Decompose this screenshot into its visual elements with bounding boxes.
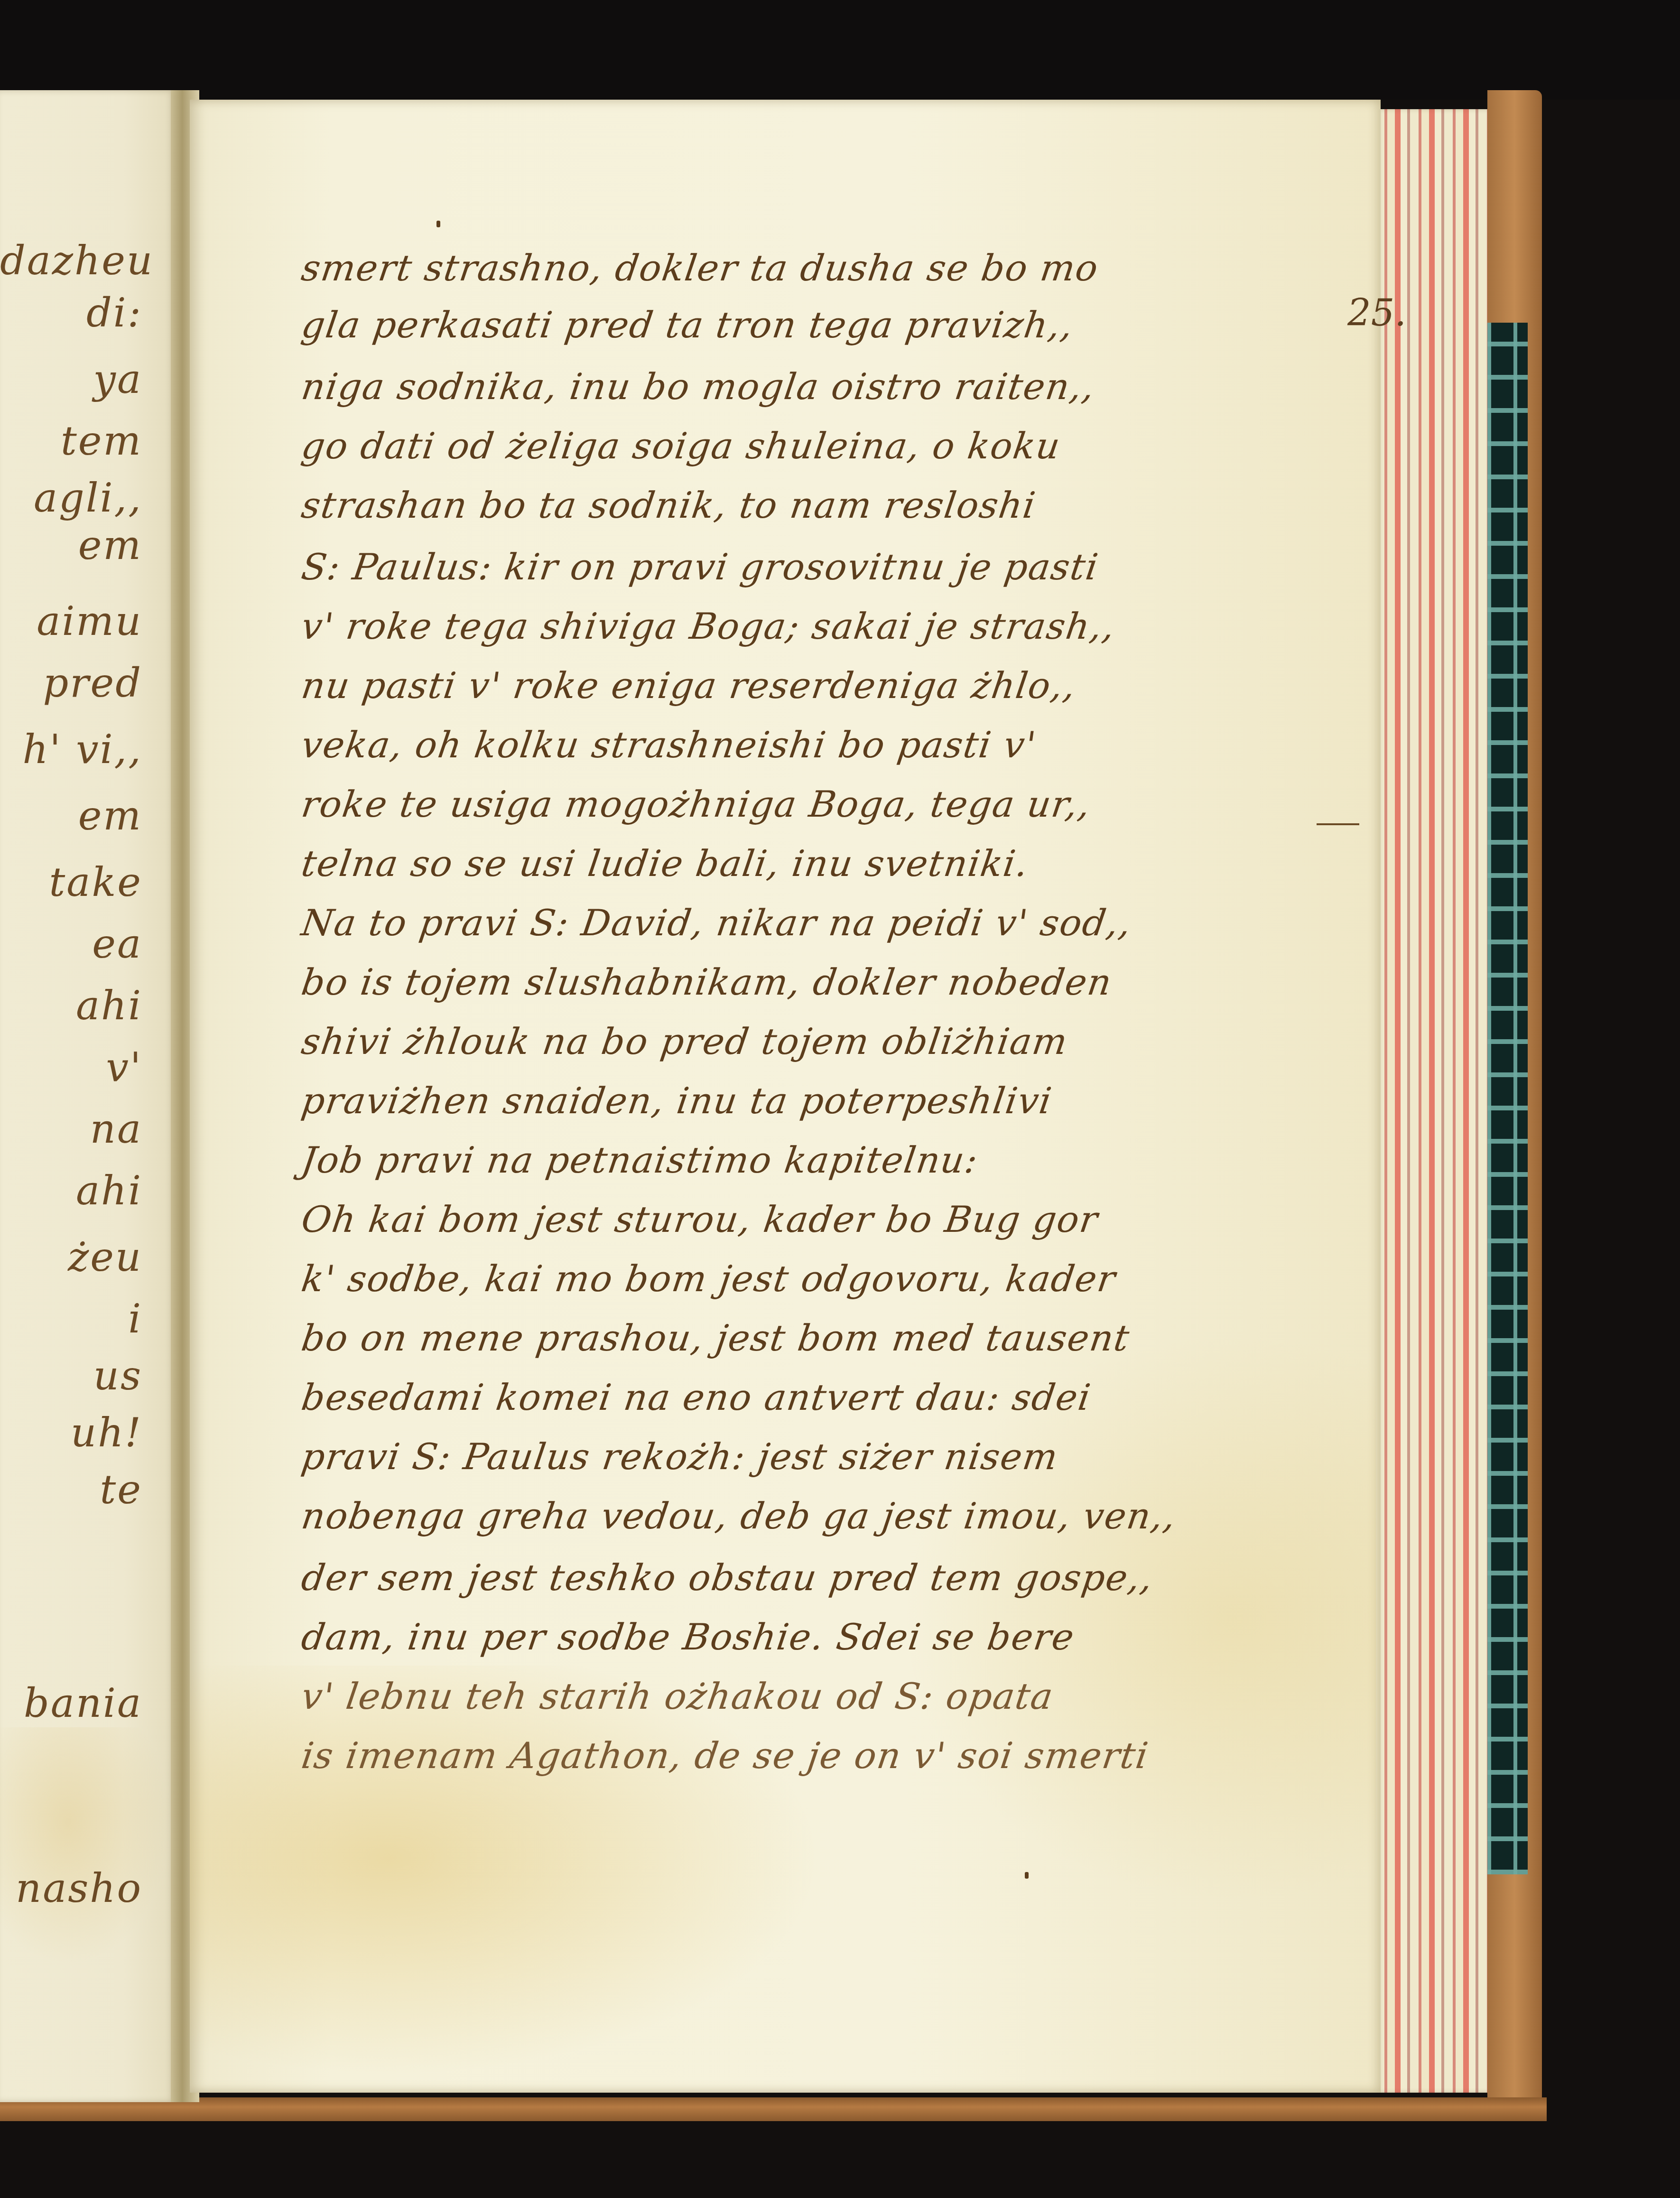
text-line: veka, oh kolku strashneishi bo pasti v': [299, 724, 1039, 766]
text-line: v' roke tega shiviga Boga; sakai je stra…: [299, 605, 1118, 647]
ink-dot: [1025, 1872, 1029, 1879]
left-fragment: di:: [0, 289, 171, 346]
ink-dot: [436, 221, 440, 227]
left-fragment: v': [0, 1044, 171, 1101]
text-line: v' lebnu teh starih ożhakou od S: opata: [299, 1675, 1057, 1717]
water-stain: [0, 1727, 171, 1965]
text-line: praviżhen snaiden, inu ta poterpeshlivi: [299, 1080, 1055, 1122]
marbled-endpaper: [1487, 323, 1528, 1874]
left-fragment: żeu: [0, 1234, 171, 1291]
left-fragment: i: [0, 1295, 171, 1352]
text-line: der sem jest teshko obstau pred tem gosp…: [299, 1556, 1156, 1599]
dark-backdrop: [0, 0, 1680, 100]
left-fragment: uh!: [0, 1409, 171, 1466]
text-line: bo on mene prashou, jest bom med tausent: [299, 1317, 1132, 1359]
left-fragment: ahi: [0, 1167, 171, 1224]
text-line: gla perkasati pred ta tron tega pravizh,…: [299, 304, 1077, 346]
left-fragment: te: [0, 1466, 171, 1523]
left-fragment: nasho: [0, 1865, 171, 1922]
open-book: dazheu di: ya tem agli,, em aimu pred h'…: [0, 0, 1680, 2198]
text-line: is imenam Agathon, de se je on v' soi sm…: [299, 1734, 1151, 1777]
text-line: niga sodnika, inu bo mogla oistro raiten…: [299, 365, 1098, 408]
text-line: Job pravi na petnaistimo kapitelnu:: [299, 1139, 981, 1181]
left-fragment: na: [0, 1106, 171, 1163]
left-fragment: bania: [0, 1680, 171, 1737]
text-line: roke te usiga mogożhniga Boga, tega ur,,: [299, 783, 1094, 825]
left-fragment: ya: [0, 356, 171, 413]
left-fragment: dazheu: [0, 237, 171, 294]
left-fragment: take: [0, 859, 171, 916]
text-line: k' sodbe, kai mo bom jest odgovoru, kade…: [299, 1257, 1119, 1300]
text-line: dam, inu per sodbe Boshie. Sdei se bere: [299, 1616, 1077, 1658]
left-fragment: us: [0, 1352, 171, 1409]
text-line: bo is tojem slushabnikam, dokler nobeden: [299, 961, 1115, 1003]
leather-cover-bottom: [0, 2097, 1547, 2121]
text-line: pravi S: Paulus rekożh: jest siżer nisem: [299, 1435, 1061, 1478]
text-line: nobenga greha vedou, deb ga jest imou, v…: [299, 1495, 1179, 1537]
left-page: dazheu di: ya tem agli,, em aimu pred h'…: [0, 90, 176, 2102]
left-fragment: h' vi,,: [0, 726, 171, 783]
text-line: strashan bo ta sodnik, to nam resloshi: [299, 484, 1039, 526]
text-line: S: Paulus: kir on pravi grosovitnu je pa…: [299, 546, 1102, 588]
margin-mark: [1317, 823, 1359, 825]
left-fragment: em: [0, 792, 171, 849]
text-line: Na to pravi S: David, nikar na peidi v' …: [299, 902, 1134, 944]
left-fragment: ahi: [0, 982, 171, 1039]
text-line: go dati od żeliga soiga shuleina, o koku: [299, 425, 1063, 467]
text-line: nu pasti v' roke eniga reserdeniga żhlo,…: [299, 664, 1079, 707]
left-fragment: tem: [0, 418, 171, 475]
page-number: 25.: [1347, 292, 1406, 335]
water-stain: [190, 1666, 854, 2093]
left-fragment: em: [0, 522, 171, 579]
left-fragment: ea: [0, 921, 171, 978]
left-fragment: aimu: [0, 598, 171, 655]
text-line: Oh kai bom jest sturou, kader bo Bug gor: [299, 1198, 1101, 1240]
left-fragment: pred: [0, 660, 171, 717]
red-sprinkled-fore-edge: [1376, 109, 1487, 2093]
text-line: smert strashno, dokler ta dusha se bo mo: [299, 247, 1102, 289]
text-line: shivi żhlouk na bo pred tojem obliżhiam: [299, 1020, 1071, 1062]
text-line: telna so se usi ludie bali, inu svetniki…: [299, 842, 1031, 885]
text-line: besedami komei na eno antvert dau: sdei: [299, 1376, 1094, 1418]
